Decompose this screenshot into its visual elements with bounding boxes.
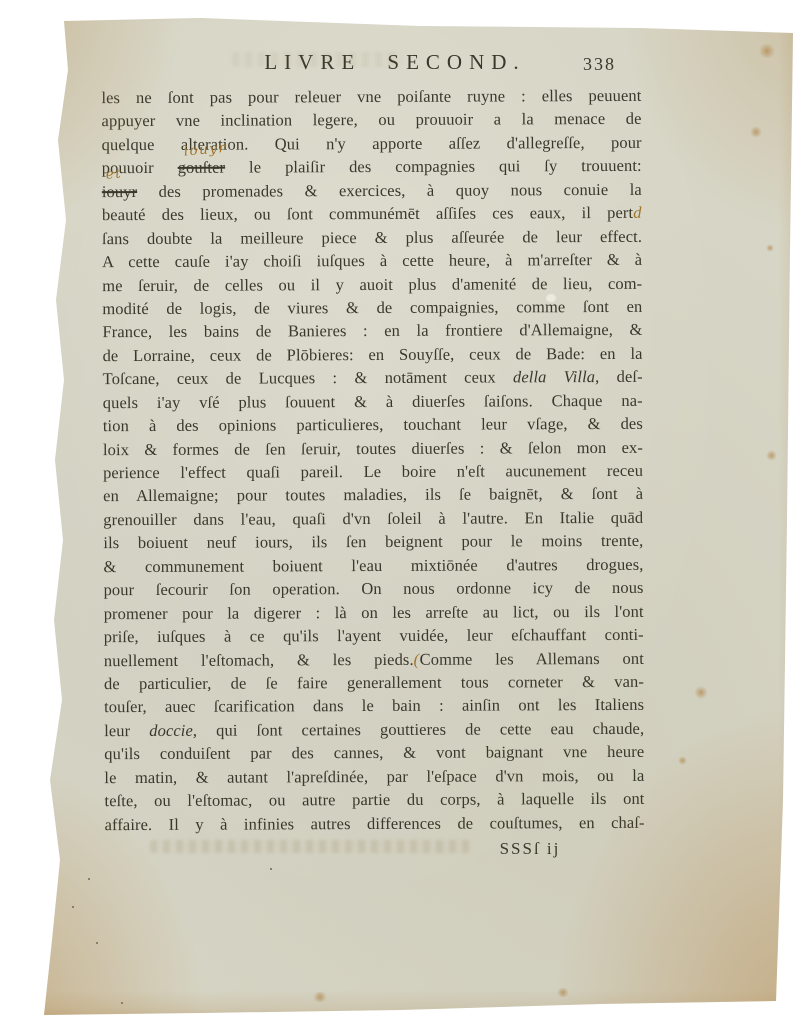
text-line: en Allemaigne; pour toutes maladies, ils… xyxy=(103,482,643,508)
text-segment: priſe, iuſques à ce qu'ils l'ayent vuidé… xyxy=(104,625,644,646)
text-line: affaire. Il y à infinies autres differen… xyxy=(105,810,645,836)
text-segment: France, les bains de Banieres : en la fr… xyxy=(102,320,642,341)
text-segment: touſer, auec ſcarification dans le bain … xyxy=(104,695,644,716)
paper-speck xyxy=(88,878,90,880)
handwritten-addition: d xyxy=(633,203,642,222)
text-segment: teſte, ou l'eſtomac, ou autre partie du … xyxy=(104,789,644,810)
text-line: de particulier, de ſe faire generallemen… xyxy=(104,670,644,696)
text-line: appuyer vne inclination legere, ou prouu… xyxy=(101,107,641,133)
foxing-spot xyxy=(750,126,762,138)
text-segment: , deſ- xyxy=(595,367,643,386)
show-through-smudge xyxy=(150,840,470,853)
text-line: priſe, iuſques à ce qu'ils l'ayent vuidé… xyxy=(104,623,644,649)
text-line: ils boiuent neuf iours, ils ſen beignent… xyxy=(103,529,643,555)
foxing-spot xyxy=(766,244,774,252)
text-line: de Lorraine, ceux de Plōbieres: en Souyſ… xyxy=(102,342,642,368)
text-line: le matin, & autant l'apreſdinée, par l'e… xyxy=(104,764,644,790)
paper-speck xyxy=(96,942,98,944)
text-segment: des promenades & exercices, à quoy nous … xyxy=(137,180,642,201)
text-segment: le matin, & autant l'apreſdinée, par l'e… xyxy=(104,766,644,787)
foxing-spot xyxy=(758,44,776,58)
handwritten-note: et xyxy=(105,166,123,181)
text-segment: grenouiller dans l'eau, quaſi d'vn ſolei… xyxy=(103,508,643,529)
text-line: ſans doubte la meilleure piece & plus aſ… xyxy=(102,224,642,250)
text-segment: les ne ſont pas pour releuer vne poiſant… xyxy=(101,86,641,107)
photo-background: { "document": { "type": "early-printed-b… xyxy=(0,0,804,1024)
text-line: les ne ſont pas pour releuer vne poiſant… xyxy=(101,84,641,110)
signature-mark: SSSſ ij xyxy=(455,839,605,859)
text-segment: ils boiuent neuf iours, ils ſen beignent… xyxy=(103,531,643,552)
running-title: LIVRE SECOND. xyxy=(235,50,555,75)
paper-speck xyxy=(121,1002,123,1004)
text-segment: promener pour la digerer : là on les arr… xyxy=(104,601,644,622)
text-segment: Toſcane, ceux de Lucques : & notāment ce… xyxy=(103,368,513,389)
text-segment: me ſeruir, de celles ou il y auoit plus … xyxy=(102,273,642,294)
text-line: perience l'effect quaſi pareil. Le boire… xyxy=(103,459,643,485)
text-line: France, les bains de Banieres : en la fr… xyxy=(102,318,642,344)
text-line: tion à des opinions particulieres, touch… xyxy=(103,412,643,438)
text-line: iouyret des promenades & exercices, à qu… xyxy=(102,178,642,204)
annotated-word: iouyret xyxy=(102,180,137,204)
text-segment: Comme les Allemans ont xyxy=(420,648,644,668)
text-line: pour ſecourir ſon operation. On nous ord… xyxy=(104,576,644,602)
paper-speck xyxy=(72,906,74,908)
text-segment: beauté des lieux, ou ſont communémēt aſſ… xyxy=(102,203,633,224)
text-segment: , qui ſont certaines gouttieres de cette… xyxy=(193,719,644,740)
foxing-spot xyxy=(556,988,570,997)
text-line: promener pour la digerer : là on les arr… xyxy=(104,599,644,625)
text-line: loix & formes de ſen ſeruir, toutes diue… xyxy=(103,435,643,461)
foxing-spot xyxy=(678,756,687,765)
text-segment: qu'ils conduiſent par des cannes, & vont… xyxy=(104,742,644,763)
text-segment: loix & formes de ſen ſeruir, toutes diue… xyxy=(103,437,643,458)
text-segment: le plaiſir des compagnies qui ſy trouuen… xyxy=(225,156,642,177)
text-line: grenouiller dans l'eau, quaſi d'vn ſolei… xyxy=(103,506,643,532)
foxing-spot xyxy=(766,450,777,461)
text-line: pouuoir gouſteriouyr le plaiſir des comp… xyxy=(102,154,642,180)
text-segment: tion à des opinions particulieres, touch… xyxy=(103,414,643,435)
text-segment: pour ſecourir ſon operation. On nous ord… xyxy=(104,578,644,599)
text-segment: & communement boiuent l'eau mixtiōnée d'… xyxy=(103,555,643,576)
page-number: 338 xyxy=(583,54,616,75)
struck-word: gouſter xyxy=(178,158,226,177)
text-line: leur doccie, qui ſont certaines gouttier… xyxy=(104,717,644,743)
text-segment: en Allemaigne; pour toutes maladies, ils… xyxy=(103,484,643,505)
handwritten-note: iouyr xyxy=(183,141,227,159)
text-line: beauté des lieux, ou ſont communémēt aſſ… xyxy=(102,201,642,227)
foxing-spot xyxy=(694,686,708,699)
text-segment: leur xyxy=(104,721,149,740)
book-page: LIVRE SECOND. 338 les ne ſont pas pour r… xyxy=(0,0,804,1024)
text-line: nuellement l'eſtomach, & les pieds.(Comm… xyxy=(104,646,644,672)
foxing-spot xyxy=(312,992,328,1002)
paper-speck xyxy=(270,868,272,870)
text-segment: affaire. Il y à infinies autres differen… xyxy=(105,812,645,833)
text-segment: perience l'effect quaſi pareil. Le boire… xyxy=(103,461,643,482)
text-block: les ne ſont pas pour releuer vne poiſant… xyxy=(101,84,644,836)
text-line: quels i'ay vſé plus ſouuent & à diuerſes… xyxy=(103,389,643,415)
text-segment: nuellement l'eſtomach, & les pieds. xyxy=(104,649,414,669)
italic-phrase: della Villa xyxy=(513,367,595,386)
text-line: modité de logis, de viures & de compaign… xyxy=(102,295,642,321)
text-line: & communement boiuent l'eau mixtiōnée d'… xyxy=(103,553,643,579)
text-segment: de particulier, de ſe faire generallemen… xyxy=(104,672,644,693)
text-segment: de Lorraine, ceux de Plōbieres: en Souyſ… xyxy=(102,344,642,365)
italic-phrase: doccie xyxy=(149,721,193,740)
text-line: me ſeruir, de celles ou il y auoit plus … xyxy=(102,271,642,297)
text-line: qu'ils conduiſent par des cannes, & vont… xyxy=(104,740,644,766)
text-line: A cette cauſe i'ay choiſi iuſques à cett… xyxy=(102,248,642,274)
text-segment: A cette cauſe i'ay choiſi iuſques à cett… xyxy=(102,250,642,271)
struck-word: iouyr xyxy=(102,182,137,201)
text-segment: ſans doubte la meilleure piece & plus aſ… xyxy=(102,226,642,247)
annotated-word: gouſteriouyr xyxy=(178,156,226,180)
text-segment: modité de logis, de viures & de compaign… xyxy=(102,297,642,318)
text-line: teſte, ou l'eſtomac, ou autre partie du … xyxy=(104,787,644,813)
text-line: touſer, auec ſcarification dans le bain … xyxy=(104,693,644,719)
text-line: Toſcane, ceux de Lucques : & notāment ce… xyxy=(103,365,643,391)
text-segment: quels i'ay vſé plus ſouuent & à diuerſes… xyxy=(103,391,643,412)
text-segment: appuyer vne inclination legere, ou prouu… xyxy=(101,109,641,130)
